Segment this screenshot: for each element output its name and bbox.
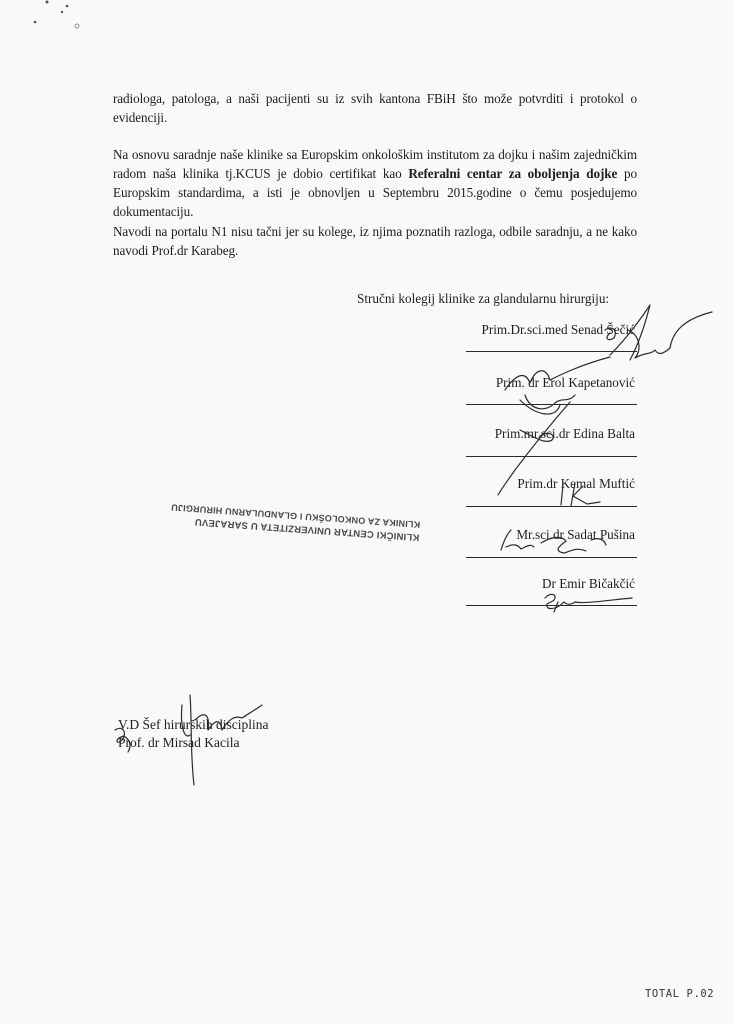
signatory-name: Prim.mr.sci.dr Edina Balta (435, 424, 635, 443)
signatory-name: Dr Emir Bičakčić (435, 574, 635, 593)
signatory-name: Prim.dr Kemal Muftić (435, 474, 635, 493)
signature-line (466, 404, 637, 405)
paragraph-protocol: radiologa, patologa, a naši pacijenti su… (113, 89, 637, 127)
signature-line (466, 605, 637, 606)
signature-line (466, 506, 637, 507)
signatory-name: Prim. dr Erol Kapetanović (435, 373, 635, 392)
signature-bicakcic (540, 590, 640, 615)
signatory-name: Mr.sci.dr Sadat Pušina (435, 525, 635, 544)
paragraph-certificate: Na osnovu saradnje naše klinike sa Europ… (113, 145, 637, 221)
paragraph-n1-portal: Navodi na portalu N1 nisu tačni jer su k… (113, 222, 637, 260)
chief-title: V.D Šef hirurških disciplina (118, 716, 269, 734)
bold-referral-center: Referalni centar za oboljenja dojke (408, 166, 617, 181)
signature-line (466, 456, 637, 457)
signature-line (466, 351, 637, 352)
signatories-heading: Stručni kolegij klinike za glandularnu h… (357, 289, 609, 308)
signatory-name: Prim.Dr.sci.med Senad Šečić (435, 320, 635, 339)
fax-footer: TOTAL P.02 (645, 988, 714, 1000)
scan-specks (0, 0, 120, 40)
signature-line (466, 557, 637, 558)
institution-stamp: KLINIČKI CENTAR UNIVERZITETA U SARAJEVU … (199, 502, 420, 543)
chief-name: Prof. dr Mirsad Kacila (118, 734, 269, 752)
chief-signature-block: V.D Šef hirurških disciplina Prof. dr Mi… (118, 716, 269, 752)
signature-kapetanovic (500, 355, 620, 435)
